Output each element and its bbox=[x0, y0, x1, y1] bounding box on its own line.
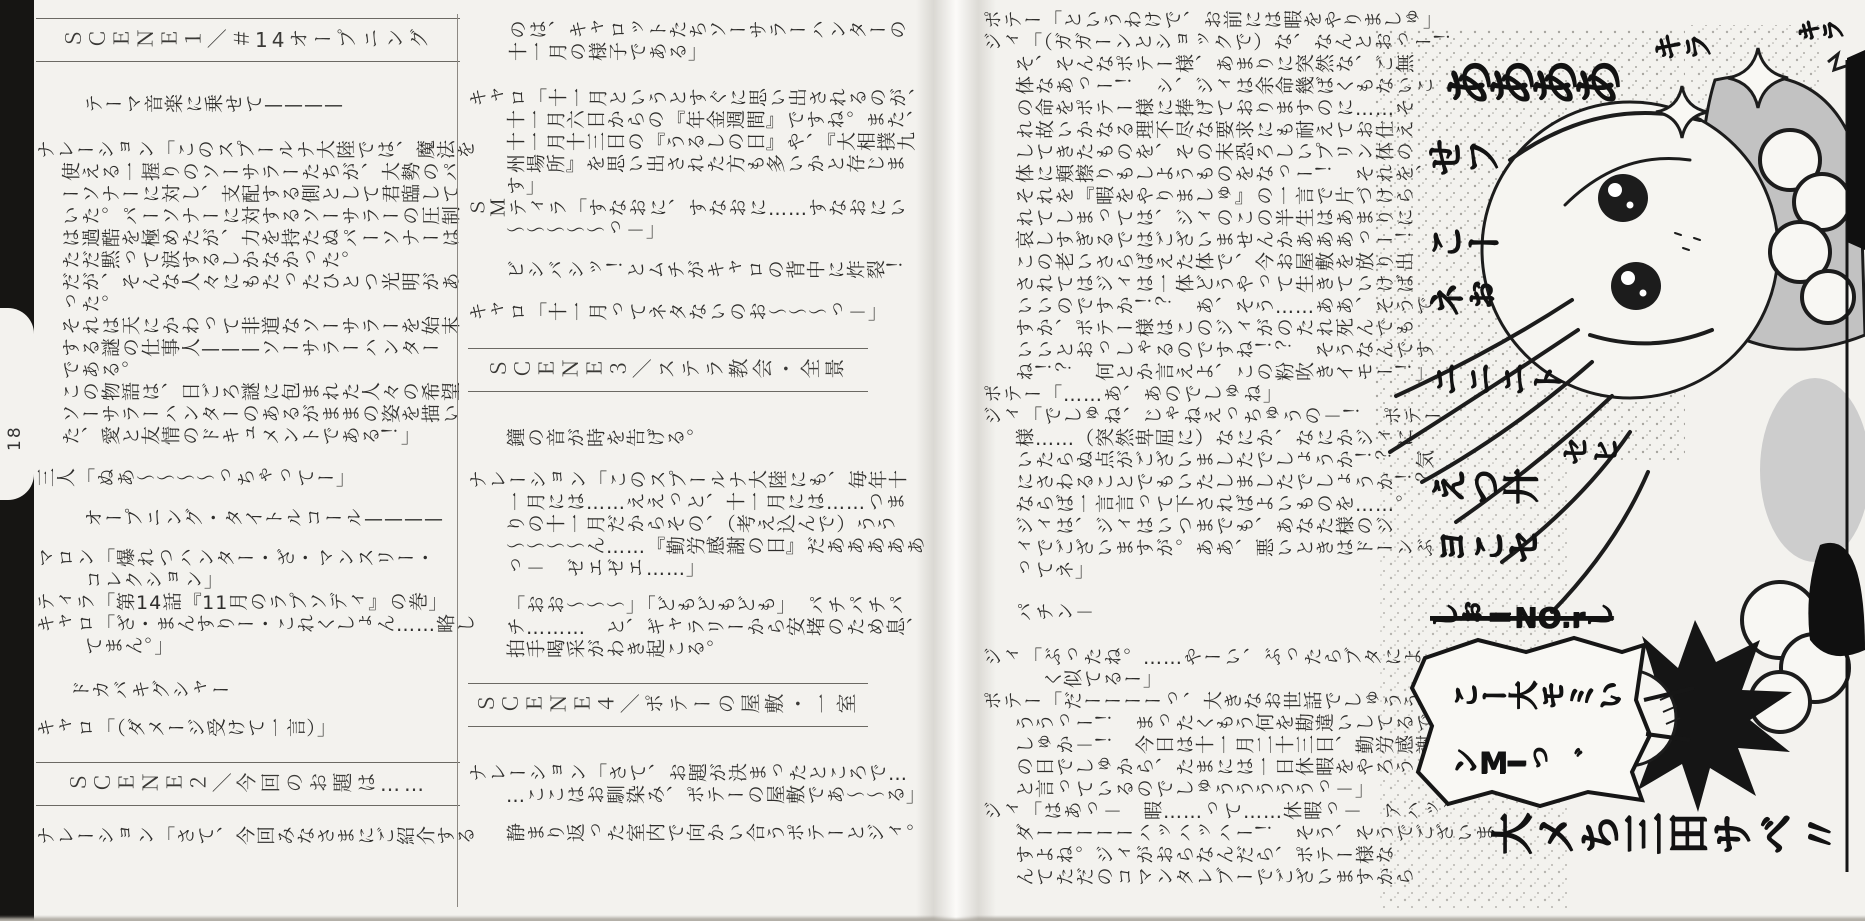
script-line: く似てるー」 bbox=[1043, 669, 1381, 691]
script-line: ドカバキグシャー bbox=[71, 680, 460, 702]
script-line: んてただのコマンタレブーでございますから bbox=[1015, 867, 1381, 889]
scanned-page-spread: 18 ＳＣＥＮＥ１＼＃14オープニングテーマ音楽に乗せて————ナレーション「こ… bbox=[0, 0, 1865, 921]
handwritten-sfx: ネぉ bbox=[1428, 285, 1500, 321]
script-line: ってネ」 bbox=[1015, 560, 1381, 582]
script-line: ナレーション「このスプールナ大陸にも、毎年十 bbox=[468, 470, 868, 492]
script-line: ティラ「第14話『11月のラプソディ』の巻」 bbox=[36, 592, 460, 614]
script-line: ジィ「はあっ－ 暇……って……休暇っ－ アハッ、 bbox=[983, 801, 1381, 823]
script-line: である。 bbox=[61, 360, 460, 382]
script-line: 鐘の音が時を告げる。 bbox=[506, 428, 868, 450]
script-line: ソーサラーハンターのあるがままの姿を描い bbox=[61, 404, 460, 426]
scene-header: ＳＣＥＮＥ２＼今回のお題は…… bbox=[36, 762, 460, 806]
sparkle-eye-2 bbox=[1611, 262, 1661, 310]
script-line: されてはジィは一体どうやって生きていけば bbox=[1015, 274, 1381, 296]
script-line: キャロ「十一月というとすぐに思い出されるのが、 bbox=[468, 88, 868, 110]
script-line: ナレーション「さて、今回みなさまにご紹介する bbox=[36, 826, 460, 848]
script-line: ～～～～～っ－」 bbox=[506, 220, 868, 242]
handwritten-sfx: こー大モミい bbox=[1450, 683, 1624, 712]
script-line: それは天にかわって非道なソーサラーを始末 bbox=[61, 316, 460, 338]
script-line: いたらぬ点がございましたでしょうか！？ 気 bbox=[1015, 450, 1381, 472]
script-line: コレクション」 bbox=[84, 570, 460, 592]
script-line: この老いさらばえた体で、今お屋敷を放り出 bbox=[1015, 252, 1381, 274]
handwritten-sfx: 大メち三田サベ〃 bbox=[1490, 816, 1842, 858]
page-edge-highlight bbox=[0, 308, 34, 500]
script-line: の日でしゅから、たまには一日休暇をやろう bbox=[1015, 757, 1381, 779]
handwritten-sfx: ああああ bbox=[1443, 62, 1615, 112]
script-line: 一月には……ええっと、十一月には……つま bbox=[506, 492, 868, 514]
script-line: ならば一言言って下さればよいものを……。 bbox=[1015, 494, 1381, 516]
script-line: 十一月六日からの『年金週間』ですね。また、 bbox=[506, 110, 868, 132]
script-line: この物語は、日ごろ謎に包まれた人々の希望 bbox=[61, 382, 460, 404]
script-line: チ……… と、ギャラリーから安堵のため息、 bbox=[506, 617, 868, 639]
script-line: 静まり返った室内で向かい合うポテーとジィ。 bbox=[506, 823, 868, 845]
scene-header: ＳＣＥＮＥ１＼＃14オープニング bbox=[36, 18, 460, 62]
script-line: だが、そんな人々にもたったひとつ光明があ bbox=[61, 272, 460, 294]
column-separator-rule bbox=[457, 14, 458, 907]
script-line: す」 bbox=[506, 176, 868, 198]
scene-header: ＳＣＥＮＥ４＼ポテーの屋敷・一室 bbox=[468, 683, 868, 727]
scan-bottom-edge bbox=[0, 917, 1865, 921]
script-line: ポテー「というわけで、お前には暇をやりましゅ」 bbox=[983, 10, 1381, 32]
script-line: の命をポテー様に捧げておりますのに……そ bbox=[1015, 98, 1381, 120]
script-line: 様……（突然卑屈に）なにか、なにかジィに bbox=[1015, 428, 1381, 450]
script-line: そ、そんなポテー様、あまりに突然な、ご無 bbox=[1015, 54, 1381, 76]
script-line: ナレーション「このスプールナ大陸では、魔法を bbox=[36, 140, 460, 162]
script-line: ううっー！ まったくもう何を勘違いしてるで bbox=[1015, 713, 1381, 735]
handwritten-sfx: セヒ bbox=[1560, 440, 1620, 470]
script-line: ポテー「……あ、あのでしゅね」 bbox=[983, 384, 1381, 406]
script-line: ポテー「だーーーーっ、大きなお世話でしゅうう bbox=[983, 691, 1381, 713]
script-line: た、愛と友情のドキュメントである！」 bbox=[61, 426, 460, 448]
script-line: ジィ「でしゅね、じゃねえっちゅうの－！ ポテー bbox=[983, 406, 1381, 428]
script-line: パチン－ bbox=[1015, 602, 1381, 624]
handwritten-sfx: ンM━っ゛ bbox=[1450, 749, 1583, 778]
script-line: ジィ「（ガガーンとショックで）な、なんとおっー！ bbox=[983, 32, 1381, 54]
script-line: 三人「ぬあ～～～～っちゃってー」 bbox=[36, 468, 460, 490]
script-line: マロン「爆れつハンター・ざ・マンスリー・ bbox=[36, 548, 460, 570]
script-line: ～～～～ん……『勤労感謝の日』だあああああ bbox=[506, 536, 868, 558]
script-line: 州場所』を思い出された方も多いかと存じま bbox=[506, 154, 868, 176]
script-line: それを『暇をやりましゅ』の一言で片づけら bbox=[1015, 186, 1381, 208]
script-line: ナレーション「さて、お題が決まったところで… bbox=[468, 763, 868, 785]
script-line: 体に頬擦りもしようものをなっー！ それを、 bbox=[1015, 164, 1381, 186]
script-line: てまん。」 bbox=[84, 636, 460, 658]
handwritten-sfx: キラ bbox=[1652, 36, 1712, 66]
script-line: しゅか－！ 今日は十一月二十三日、勤労感謝 bbox=[1015, 735, 1381, 757]
handwritten-sfx: こー bbox=[1426, 227, 1502, 265]
script-line: ビシバシッ！とムチがキャロの背中に炸裂！ bbox=[506, 260, 868, 282]
script-line: 「おお～～～」「どもどもども」 パチパチパ bbox=[506, 595, 868, 617]
script-line: れてしまっては、ジィのこの半生はあまりに bbox=[1015, 208, 1381, 230]
script-line: った。 bbox=[61, 294, 460, 316]
left-page-column-1: ＳＣＥＮＥ１＼＃14オープニングテーマ音楽に乗せて————ナレーション「このスプ… bbox=[36, 10, 460, 911]
scene-header: ＳＣＥＮＥ３＼ステラ教会・全景 bbox=[468, 348, 868, 392]
script-line: する謎の仕事人———ソーサラーハンター bbox=[61, 338, 460, 360]
script-line: ただ黙って涙するしかなかった。 bbox=[61, 250, 460, 272]
script-line: キャロ「（ダメージ受けて一言）」 bbox=[36, 718, 460, 740]
script-line: キャロ「ざ・まんすりー・これくしょん……略し bbox=[36, 614, 460, 636]
script-line: テーマ音楽に乗せて———— bbox=[84, 94, 460, 116]
script-line: オープニング・タイトルコール———— bbox=[84, 508, 460, 530]
script-line: キャロ「十一月ってネタないのお～～～っ－」 bbox=[468, 302, 868, 324]
script-line: すか、ポテー様はこのジィがのたれ死んでも bbox=[1015, 318, 1381, 340]
script-line: のは、キャロットたちソーサラーハンターの bbox=[508, 20, 868, 42]
script-line: ジィは、ジィはいつまでも、あなた様のジ bbox=[1015, 516, 1381, 538]
script-line: ダーーーーーハッハッハー！ そう、そうでございま bbox=[1015, 823, 1381, 845]
handwritten-sfx: せフ bbox=[1425, 142, 1501, 180]
script-line: 拍手喝采がわき起こる。 bbox=[506, 639, 868, 661]
handwritten-sfx: ヨこセ bbox=[1433, 532, 1541, 568]
script-line: と言っているのでしゅうううううっ－」 bbox=[1015, 779, 1381, 801]
script-line: いた。パーソナーに対するソーサラーの圧制 bbox=[61, 206, 460, 228]
script-line: 使える一握りのソーサラーたちが、大勢のパ bbox=[61, 162, 460, 184]
script-line: ジィ「ぶったね。……やーい、ぶったらブタによ bbox=[983, 647, 1381, 669]
script-line: いいのですか！？ あ、そう……ああ、そうで bbox=[1015, 296, 1381, 318]
script-line: 十一月の様子である」 bbox=[508, 42, 868, 64]
script-line: してきたものを、その末恐ろしいプリン体の bbox=[1015, 142, 1381, 164]
script-line: 体なあっー！ シ、ジィは余命幾ばくもないこ bbox=[1015, 76, 1381, 98]
script-line: 十一月十三日の『うるしの日』や、『大相撲九 bbox=[506, 132, 868, 154]
script-line: ィでございますが。ああ、悪いときはドーンぶ bbox=[1015, 538, 1381, 560]
script-line: っ－ ゼエゼエ……」 bbox=[506, 558, 868, 580]
handwritten-sfx: えつ廾 bbox=[1430, 472, 1538, 508]
handwritten-sfx: ニニニト bbox=[1428, 366, 1564, 400]
script-line: は過酷を極めたが、力を持たぬパーソナーは bbox=[61, 228, 460, 250]
right-page-column: ポテー「というわけで、お前には暇をやりましゅ」ジィ「（ガガーンとショックで）な、… bbox=[983, 10, 1381, 911]
script-line: ね！？ 何とか言えよ、この粉吹きイモー！」 bbox=[1015, 362, 1381, 384]
script-line: ＳＭティラ「すなおに、すなおに……すなおにい bbox=[468, 198, 868, 220]
script-line: りの十一月だからその、（考え込んで）うう bbox=[506, 514, 868, 536]
left-page-column-2: のは、キャロットたちソーサラーハンターの十一月の様子である」キャロ「十一月という… bbox=[468, 10, 868, 911]
sparkle-eye-1 bbox=[1598, 174, 1648, 222]
handwritten-sfx: キラ bbox=[1796, 21, 1844, 45]
script-line: …ここはお馴染み、ポテーの屋敷であ～～る」 bbox=[506, 785, 868, 807]
script-line: れ故いかなる理不尽な要求にも耐えてお仕え bbox=[1015, 120, 1381, 142]
page-number: 18 bbox=[5, 425, 25, 451]
script-line: ーソナーに対し、支配する側として君臨して bbox=[61, 184, 460, 206]
script-line: いいとおっしゃるのですね！？ そうなんです bbox=[1015, 340, 1381, 362]
handwritten-sfx: しぉ＝NO.rし bbox=[1430, 604, 1613, 632]
script-line: 哀しすぎるではございませんかあああっー！ bbox=[1015, 230, 1381, 252]
script-line: すよね。ジィがおらなんだら、ポテー様な bbox=[1015, 845, 1381, 867]
script-line: にさわることでもいたしましたでしょうか！？ bbox=[1015, 472, 1381, 494]
